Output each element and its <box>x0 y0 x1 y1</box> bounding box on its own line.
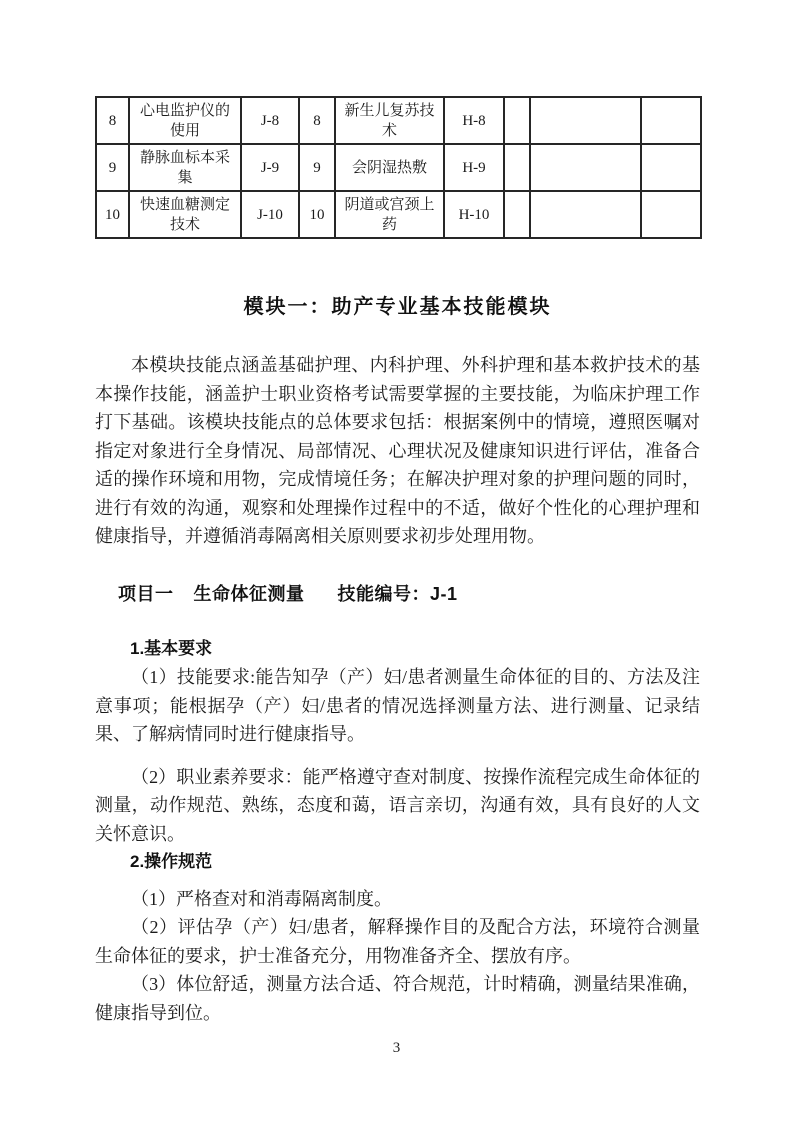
empty-cell <box>641 191 701 238</box>
serial-cell: 10 <box>299 191 335 238</box>
empty-cell <box>530 144 641 191</box>
paragraph-check-disinfection: （1）严格查对和消毒隔离制度。 <box>95 885 700 914</box>
project-number-label: 项目一 <box>118 584 174 604</box>
project-heading: 项目一生命体征测量技能编号：J-1 <box>95 579 700 609</box>
skill-code-cell: J-10 <box>241 191 299 238</box>
project-title-label: 生命体征测量 <box>194 584 305 604</box>
page-number: 3 <box>0 1040 793 1057</box>
paragraph-assessment: （2）评估孕（产）妇/患者，解释操作目的及配合方法，环境符合测量生命体征的要求，… <box>95 913 700 970</box>
table-row: 8 心电监护仪的使用 J-8 8 新生儿复苏技术 H-8 <box>96 97 701 144</box>
section-title-basic-requirements: 1.基本要求 <box>95 635 700 664</box>
table-row: 10 快速血糖测定技术 J-10 10 阴道或宫颈上药 H-10 <box>96 191 701 238</box>
serial-cell: 8 <box>299 97 335 144</box>
paragraph-skill-requirements: （1）技能要求:能告知孕（产）妇/患者测量生命体征的目的、方法及注意事项；能根据… <box>95 663 700 749</box>
empty-cell <box>530 191 641 238</box>
empty-cell <box>504 144 530 191</box>
serial-cell: 10 <box>96 191 129 238</box>
skill-name-cell: 新生儿复苏技术 <box>335 97 444 144</box>
skill-name-cell: 心电监护仪的使用 <box>129 97 241 144</box>
skill-name-cell: 会阴湿热敷 <box>335 144 444 191</box>
skill-code-cell: J-8 <box>241 97 299 144</box>
paragraph-professionalism: （2）职业素养要求：能严格遵守查对制度、按操作流程完成生命体征的测量，动作规范、… <box>95 763 700 849</box>
empty-cell <box>504 97 530 144</box>
serial-cell: 8 <box>96 97 129 144</box>
skill-code-cell: H-10 <box>444 191 504 238</box>
skill-name-cell: 快速血糖测定技术 <box>129 191 241 238</box>
skill-name-cell: 阴道或宫颈上药 <box>335 191 444 238</box>
paragraph-measurement: （3）体位舒适，测量方法合适、符合规范，计时精确，测量结果准确，健康指导到位。 <box>95 970 700 1027</box>
skill-code-cell: H-9 <box>444 144 504 191</box>
empty-cell <box>641 144 701 191</box>
skills-table: 8 心电监护仪的使用 J-8 8 新生儿复苏技术 H-8 9 静脉血标本采集 J… <box>95 96 702 239</box>
skill-name-cell: 静脉血标本采集 <box>129 144 241 191</box>
table-row: 9 静脉血标本采集 J-9 9 会阴湿热敷 H-9 <box>96 144 701 191</box>
module-heading: 模块一：助产专业基本技能模块 <box>95 292 700 322</box>
empty-cell <box>504 191 530 238</box>
skill-code-cell: H-8 <box>444 97 504 144</box>
skill-code-cell: J-9 <box>241 144 299 191</box>
empty-cell <box>641 97 701 144</box>
empty-cell <box>530 97 641 144</box>
section-title-operation-standards: 2.操作规范 <box>95 848 700 877</box>
document-page: 8 心电监护仪的使用 J-8 8 新生儿复苏技术 H-8 9 静脉血标本采集 J… <box>0 0 793 1122</box>
skill-code-label: 技能编号：J-1 <box>338 584 458 604</box>
module-intro-paragraph: 本模块技能点涵盖基础护理、内科护理、外科护理和基本救护技术的基本操作技能，涵盖护… <box>95 351 700 551</box>
serial-cell: 9 <box>299 144 335 191</box>
serial-cell: 9 <box>96 144 129 191</box>
